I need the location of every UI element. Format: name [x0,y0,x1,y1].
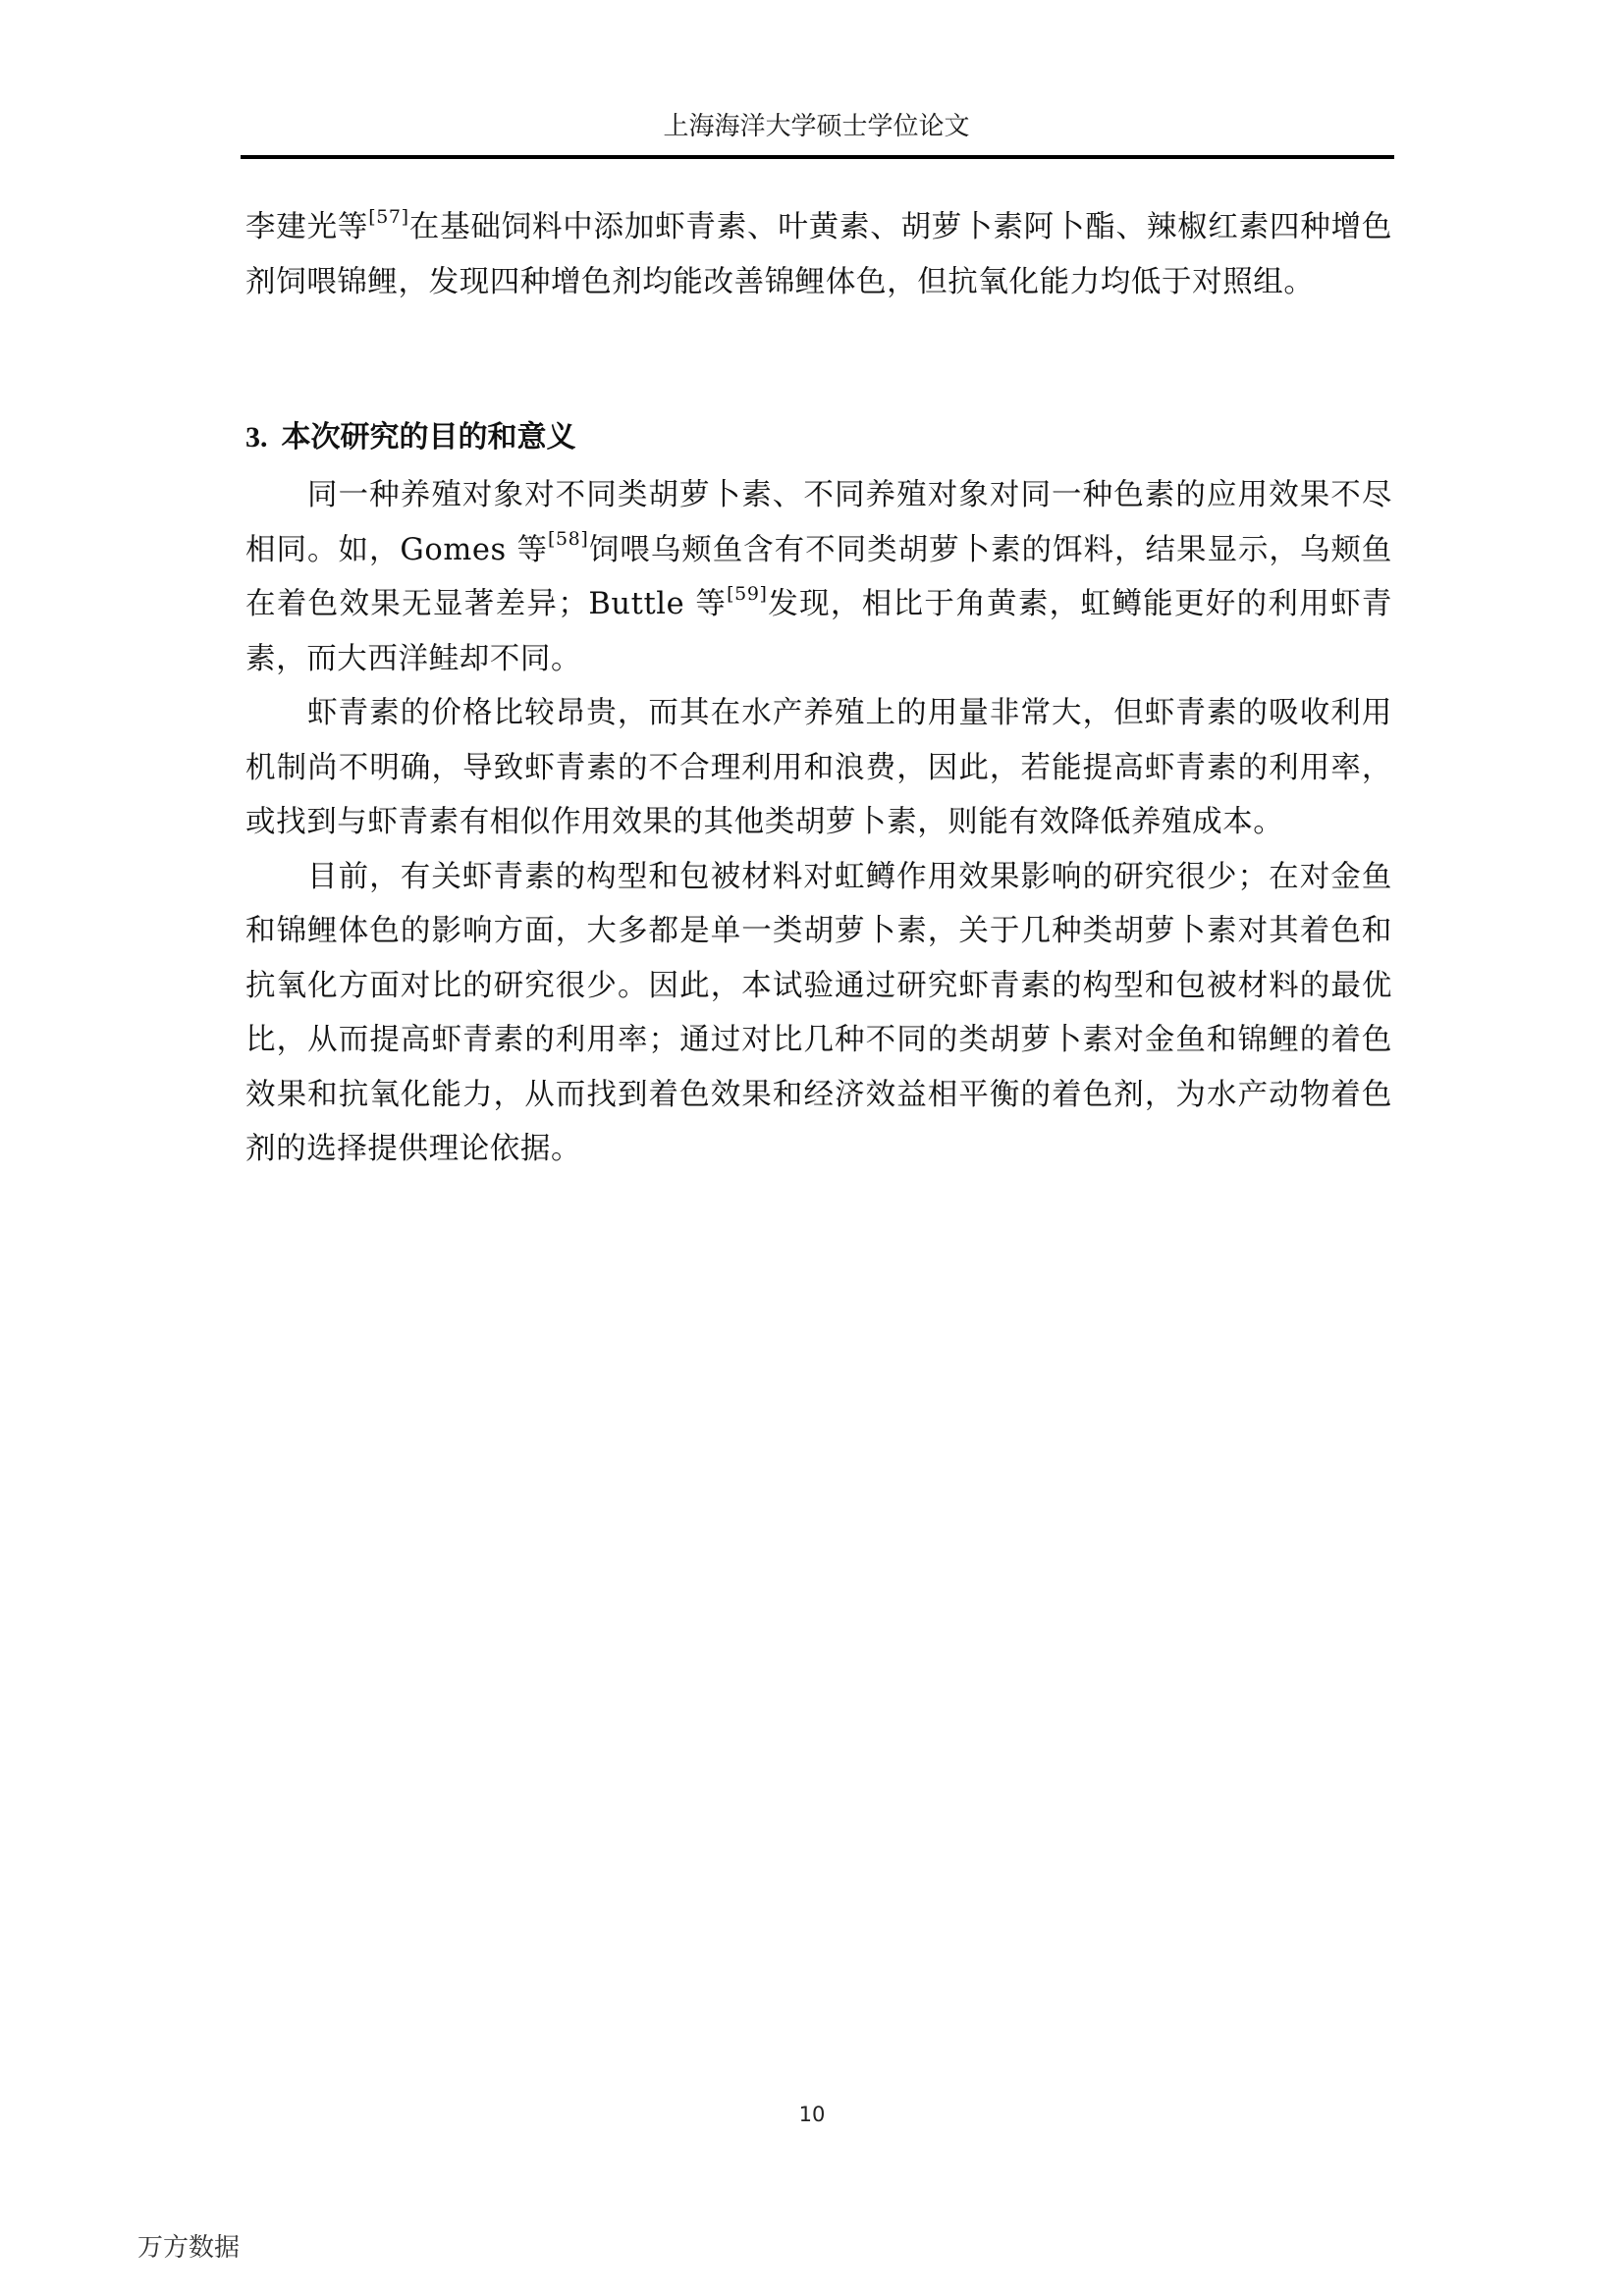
section-title: 本次研究的目的和意义 [282,420,576,454]
intro-text-after-ref: 在基础饲料中添加虾青素、叶黄素、胡萝卜素阿卜酯、辣椒红素四种增色剂饲喂锦鲤，发现… [245,210,1392,299]
citation-ref-59: [59] [727,583,767,605]
section-body: 同一种养殖对象对不同类胡萝卜素、不同养殖对象对同一种色素的应用效果不尽相同。如，… [245,468,1392,1177]
section-paragraph-3: 目前，有关虾青素的构型和包被材料对虹鳟作用效果影响的研究很少；在对金鱼和锦鲤体色… [245,850,1392,1177]
intro-paragraph: 李建光等[57]在基础饲料中添加虾青素、叶黄素、胡萝卜素阿卜酯、辣椒红素四种增色… [245,200,1392,309]
section-paragraph-1: 同一种养殖对象对不同类胡萝卜素、不同养殖对象对同一种色素的应用效果不尽相同。如，… [245,468,1392,686]
page-header-title: 上海海洋大学硕士学位论文 [239,110,1394,143]
paragraph-text: 目前，有关虾青素的构型和包被材料对虹鳟作用效果影响的研究很少；在对金鱼和锦鲤体色… [245,860,1392,1167]
citation-ref-58: [58] [548,528,588,550]
paragraph-text: 虾青素的价格比较昂贵，而其在水产养殖上的用量非常大，但虾青素的吸收利用机制尚不明… [245,696,1392,839]
section-paragraph-2: 虾青素的价格比较昂贵，而其在水产养殖上的用量非常大，但虾青素的吸收利用机制尚不明… [245,686,1392,850]
section-heading: 3.本次研究的目的和意义 [245,418,576,457]
section-number: 3. [245,421,268,454]
watermark-label: 万方数据 [137,2231,240,2265]
page-number: 10 [0,2101,1624,2128]
intro-text-before-ref: 李建光等 [245,210,368,244]
citation-ref-57: [57] [368,206,408,228]
intro-paragraph-block: 李建光等[57]在基础饲料中添加虾青素、叶黄素、胡萝卜素阿卜酯、辣椒红素四种增色… [245,200,1392,309]
header-divider [241,155,1394,159]
